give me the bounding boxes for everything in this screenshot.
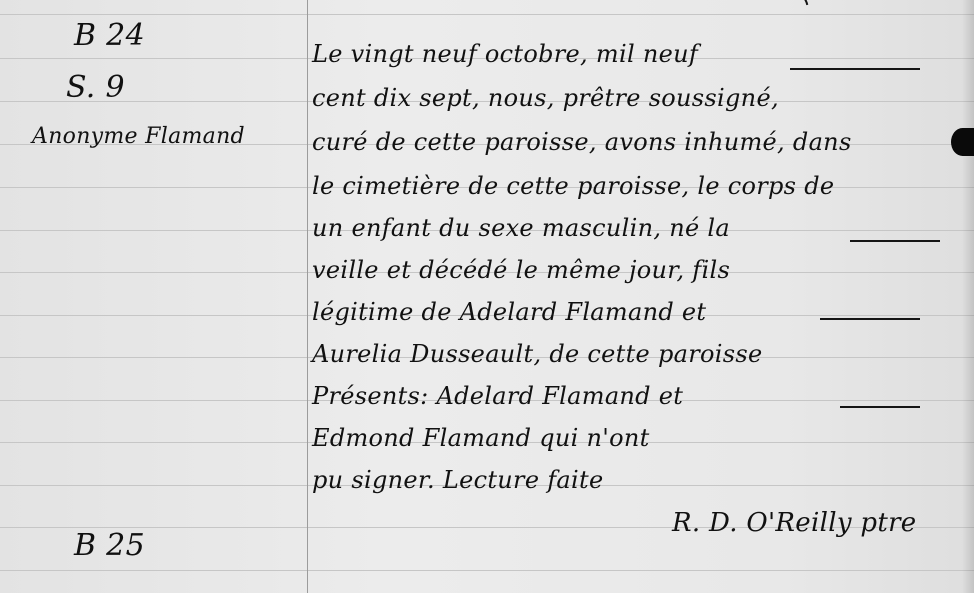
body-line-11: pu signer. Lecture faite <box>312 466 603 494</box>
body-line-7: légitime de Adelard Flamand et <box>312 298 706 326</box>
register-page: B 24 S. 9 Anonyme Flamand B 25 Le vingt … <box>0 0 974 593</box>
subject-name: Anonyme Flamand <box>32 124 245 149</box>
line-filler-stroke <box>850 240 940 242</box>
line-filler-stroke <box>840 406 920 408</box>
burial-number: S. 9 <box>66 70 125 105</box>
body-line-1: Le vingt neuf octobre, mil neuf <box>312 40 698 68</box>
body-line-5: un enfant du sexe masculin, né la <box>312 214 730 242</box>
body-line-9: Présents: Adelard Flamand et <box>312 382 683 410</box>
body-line-3: curé de cette paroisse, avons inhumé, da… <box>312 128 852 156</box>
priest-signature: R. D. O'Reilly ptre <box>672 508 917 538</box>
next-entry-number: B 25 <box>74 528 145 563</box>
line-filler-stroke <box>790 68 920 70</box>
body-line-8: Aurelia Dusseault, de cette paroisse <box>312 340 763 368</box>
page-edge-shadow <box>962 0 974 593</box>
ruled-line <box>0 570 974 571</box>
ruled-line <box>0 14 974 15</box>
line-filler-stroke <box>820 318 920 320</box>
body-line-10: Edmond Flamand qui n'ont <box>312 424 650 452</box>
margin-divider <box>307 0 308 593</box>
entry-number: B 24 <box>74 18 145 53</box>
body-line-6: veille et décédé le même jour, fils <box>312 256 730 284</box>
ink-blot <box>951 128 974 156</box>
pen-flourish <box>762 0 817 41</box>
body-line-2: cent dix sept, nous, prêtre soussigné, <box>312 84 779 112</box>
body-line-4: le cimetière de cette paroisse, le corps… <box>312 172 834 200</box>
